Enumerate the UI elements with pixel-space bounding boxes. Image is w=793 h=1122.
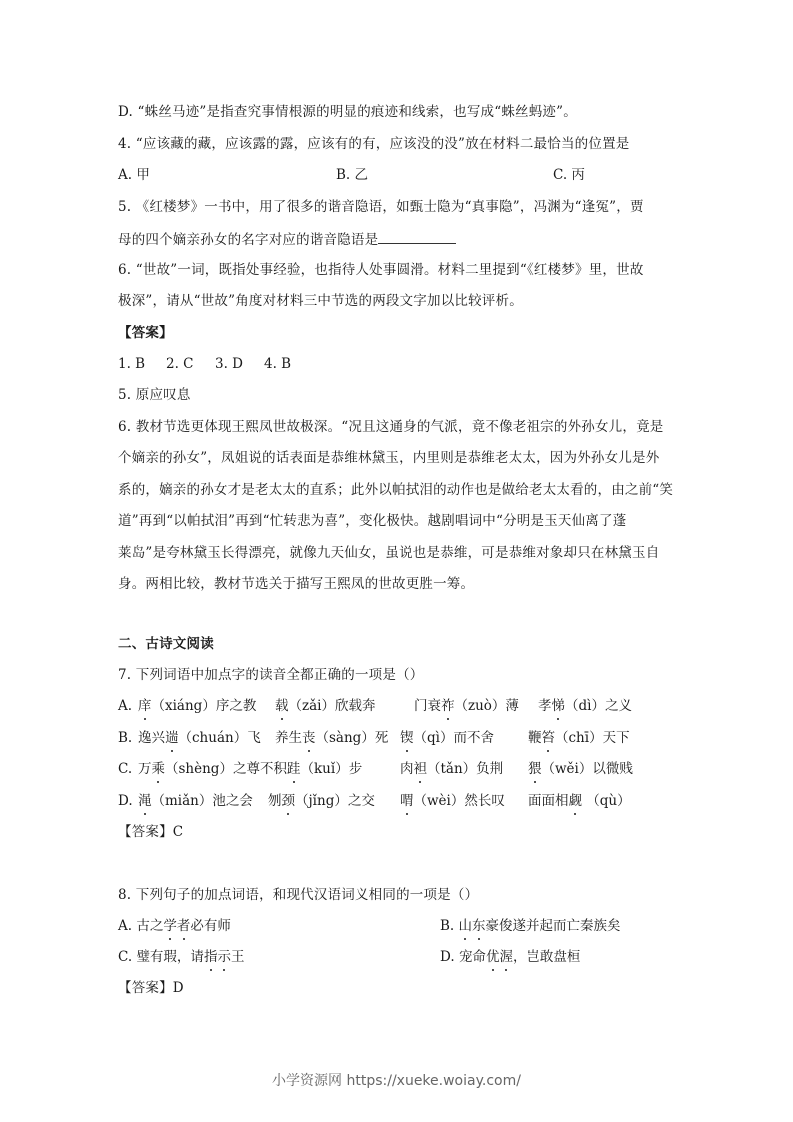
emphasis-char: 学 bbox=[163, 917, 177, 935]
q7-c2-pre: 不积 bbox=[260, 761, 287, 777]
q7-c-item-2: 不积跬（kuǐ）步 bbox=[260, 760, 362, 778]
q7-b3-post: （qì）而不舍 bbox=[414, 730, 494, 746]
answer-2: 2. C bbox=[166, 355, 194, 373]
q7-c3-pre: 肉 bbox=[400, 761, 414, 777]
emphasis-char: 山 bbox=[459, 917, 473, 935]
question-5-line-1: 5. 《红楼梦》一书中，用了很多的谐音隐语，如甄士隐为“真事隐”，冯渊为“逢冤”… bbox=[118, 198, 644, 216]
q7-c-item-4: 猥（wěi）以微贱 bbox=[528, 760, 633, 778]
q7-b-item-3: 锲（qì）而不舍 bbox=[400, 729, 494, 747]
q7-c-item-1: 万乘（shèng）之尊 bbox=[138, 760, 260, 778]
answer-6-line-1: 6. 教材节选更体现王熙凤世故极深。“况且这通身的气派，竟不像老祖宗的外孙女儿，… bbox=[118, 418, 663, 436]
question-5-line-2-text: 母的四个嫡亲孙女的名字对应的谐音隐语是 bbox=[118, 232, 378, 248]
q4-option-b: B. 乙 bbox=[336, 166, 368, 184]
q7-c-label: C. bbox=[118, 760, 132, 778]
emphasis-char: 喟 bbox=[400, 792, 414, 810]
q7-d-item-2: 刎颈（jǐng）之交 bbox=[268, 792, 375, 810]
q7-b-item-4: 鞭笞（chī）天下 bbox=[528, 729, 630, 747]
emphasis-char: 丧 bbox=[302, 729, 316, 747]
q8-b-post: 豪俊遂并起而亡秦族矣 bbox=[486, 918, 621, 934]
q7-b1-post: （chuán）飞 bbox=[179, 730, 261, 746]
emphasis-char: 载 bbox=[275, 697, 289, 715]
q8-a-post: 必有师 bbox=[190, 918, 231, 934]
q7-d-item-1: 渑（miǎn）池之会 bbox=[138, 792, 253, 810]
q7-d1-post: （miǎn）池之会 bbox=[152, 793, 253, 809]
q7-c1-post: （shèng）之尊 bbox=[165, 761, 260, 777]
question-5-line-2: 母的四个嫡亲孙女的名字对应的谐音隐语是 bbox=[118, 229, 456, 249]
emphasis-char: 乘 bbox=[152, 760, 166, 778]
footer-watermark: 小学资源网 https://xueke.woiay.com/ bbox=[0, 1070, 793, 1090]
answer-6-line-5: 莱岛”是夸林黛玉长得漂亮，就像九天仙女，虽说也是恭维，可是恭维对象却只在林黛玉自 bbox=[118, 544, 659, 562]
q7-c-item-3: 肉袒（tǎn）负荆 bbox=[400, 760, 503, 778]
emphasis-char: 笞 bbox=[542, 729, 556, 747]
emphasis-char: 袒 bbox=[414, 760, 428, 778]
q7-d-label: D. bbox=[118, 792, 133, 810]
q7-d4-pre: 面面相 bbox=[528, 793, 569, 809]
q7-b-item-2: 养生丧（sàng）死 bbox=[275, 729, 388, 747]
q8-b-label: B. bbox=[440, 918, 454, 934]
emphasis-char: 渑 bbox=[138, 792, 152, 810]
q7-d2-post: （jǐng）之交 bbox=[295, 793, 375, 809]
q7-a-label: A. bbox=[118, 697, 132, 715]
answer-6-line-6: 身。两相比较，教材节选关于描写王熙凤的世故更胜一筹。 bbox=[118, 575, 474, 593]
answer-4: 4. B bbox=[264, 355, 291, 373]
answer-5: 5. 原应叹息 bbox=[118, 386, 191, 404]
emphasis-char: 优 bbox=[486, 948, 500, 966]
answer-6-line-4: 道”再到“以帕拭泪”再到“忙转悲为喜”，变化极快。越剧唱词中“分明是玉天仙离了蓬 bbox=[118, 512, 626, 530]
q7-b4-post: （chī）天下 bbox=[555, 730, 630, 746]
q7-a-item-1: 庠（xiáng）序之教 bbox=[138, 697, 256, 715]
question-7-stem: 7. 下列词语中加点字的读音全都正确的一项是（） bbox=[118, 666, 423, 684]
emphasis-char: 跬 bbox=[287, 760, 301, 778]
q8-a-label: A. bbox=[118, 918, 132, 934]
q7-d4-post: （qù） bbox=[582, 793, 631, 809]
q7-b-item-1: 逸兴遄（chuán）飞 bbox=[138, 729, 261, 747]
emphasis-char: 锲 bbox=[400, 729, 414, 747]
q7-a-item-4: 孝悌（dì）之义 bbox=[538, 697, 632, 715]
section-2-heading: 二、古诗文阅读 bbox=[118, 635, 214, 653]
question-8-stem: 8. 下列句子的加点词语，和现代汉语词义相同的一项是（） bbox=[118, 886, 478, 904]
q7-b-label: B. bbox=[118, 729, 132, 747]
answer-1: 1. B bbox=[118, 355, 145, 373]
emphasis-char: 指 bbox=[204, 948, 218, 966]
emphasis-char: 庠 bbox=[138, 697, 152, 715]
q7-c3-post: （tǎn）负荆 bbox=[427, 761, 503, 777]
answer-6-line-3: 系的，嫡亲的孙女才是老太太的直系；此外以帕拭泪的动作也是做给老太太看的，由之前“… bbox=[118, 481, 673, 499]
answer-blank bbox=[378, 229, 456, 244]
q7-c2-post: （kuǐ）步 bbox=[301, 761, 363, 777]
q7-a4-pre: 孝 bbox=[538, 698, 552, 714]
q7-d3-post: （wèi）然长叹 bbox=[414, 793, 505, 809]
q8-c-post: 王 bbox=[231, 949, 245, 965]
q4-option-a: A. 甲 bbox=[118, 166, 150, 184]
q8-c-label: C. bbox=[118, 949, 132, 965]
q7-b2-post: （sàng）死 bbox=[316, 730, 389, 746]
q8-option-d: D. 宠命优渥，岂敢盘桓 bbox=[440, 948, 580, 966]
emphasis-char: 悌 bbox=[552, 697, 566, 715]
q7-a-item-3: 门衰祚（zuò）薄 bbox=[414, 697, 519, 715]
q8-d-post: ，岂敢盘桓 bbox=[513, 949, 581, 965]
emphasis-char: 祚 bbox=[441, 697, 455, 715]
emphasis-char: 东 bbox=[472, 917, 486, 935]
q7-d2-pre: 刎 bbox=[268, 793, 282, 809]
q8-option-a: A. 古之学者必有师 bbox=[118, 917, 231, 935]
q8-option-c: C. 璧有瑕，请指示王 bbox=[118, 948, 244, 966]
q7-a4-post: （dì）之义 bbox=[565, 698, 632, 714]
question-4-stem: 4. “应该藏的藏，应该露的露，应该有的有，应该没的没”放在材料二最恰当的位置是 bbox=[118, 135, 629, 153]
q7-d-item-3: 喟（wèi）然长叹 bbox=[400, 792, 505, 810]
q7-c1-pre: 万 bbox=[138, 761, 152, 777]
emphasis-char: 觑 bbox=[569, 792, 583, 810]
emphasis-char: 颈 bbox=[282, 792, 296, 810]
emphasis-char: 猥 bbox=[528, 760, 542, 778]
q8-d-label: D. bbox=[440, 949, 455, 965]
emphasis-char: 示 bbox=[217, 948, 231, 966]
q8-d-pre: 宠命 bbox=[459, 949, 486, 965]
question-6-line-1: 6. “世故”一词，既指处事经验，也指待人处事圆滑。材料二里提到“《红楼梦》里，… bbox=[118, 261, 644, 279]
answer-3: 3. D bbox=[215, 355, 243, 373]
q7-b1-pre: 逸兴 bbox=[138, 730, 165, 746]
q7-a2-post: （zǎi）欣载奔 bbox=[289, 698, 376, 714]
emphasis-char: 渥 bbox=[499, 948, 513, 966]
q7-a-item-2: 载（zǎi）欣载奔 bbox=[275, 697, 375, 715]
q8-option-b: B. 山东豪俊遂并起而亡秦族矣 bbox=[440, 917, 621, 935]
q7-a1-post: （xiáng）序之教 bbox=[152, 698, 257, 714]
q4-option-c: C. 丙 bbox=[553, 166, 585, 184]
answer-6-line-2: 个嫡亲的孙女”，凤姐说的话表面是恭维林黛玉，内里则是恭维老太太，因为外孙女儿是外 bbox=[118, 449, 659, 467]
question-8-answer: 【答案】D bbox=[118, 979, 184, 997]
q7-c4-post: （wěi）以微贱 bbox=[542, 761, 633, 777]
q7-b2-pre: 养生 bbox=[275, 730, 302, 746]
q7-a3-pre: 门衰 bbox=[414, 698, 441, 714]
q7-d-item-4: 面面相觑 （qù） bbox=[528, 792, 631, 810]
answer-heading: 【答案】 bbox=[118, 324, 173, 342]
q8-c-pre: 璧有瑕，请 bbox=[136, 949, 204, 965]
emphasis-char: 者 bbox=[177, 917, 191, 935]
q7-b4-pre: 鞭 bbox=[528, 730, 542, 746]
option-d-explanation: D. “蛛丝马迹”是指查究事情根源的明显的痕迹和线索，也写成“蛛丝蚂迹”。 bbox=[118, 103, 577, 121]
emphasis-char: 遄 bbox=[165, 729, 179, 747]
q8-a-pre: 古之 bbox=[136, 918, 163, 934]
q7-a3-post: （zuò）薄 bbox=[455, 698, 519, 714]
question-6-line-2: 极深”，请从“世故”角度对材料三中节选的两段文字加以比较评析。 bbox=[118, 292, 523, 310]
question-7-answer: 【答案】C bbox=[118, 823, 183, 841]
